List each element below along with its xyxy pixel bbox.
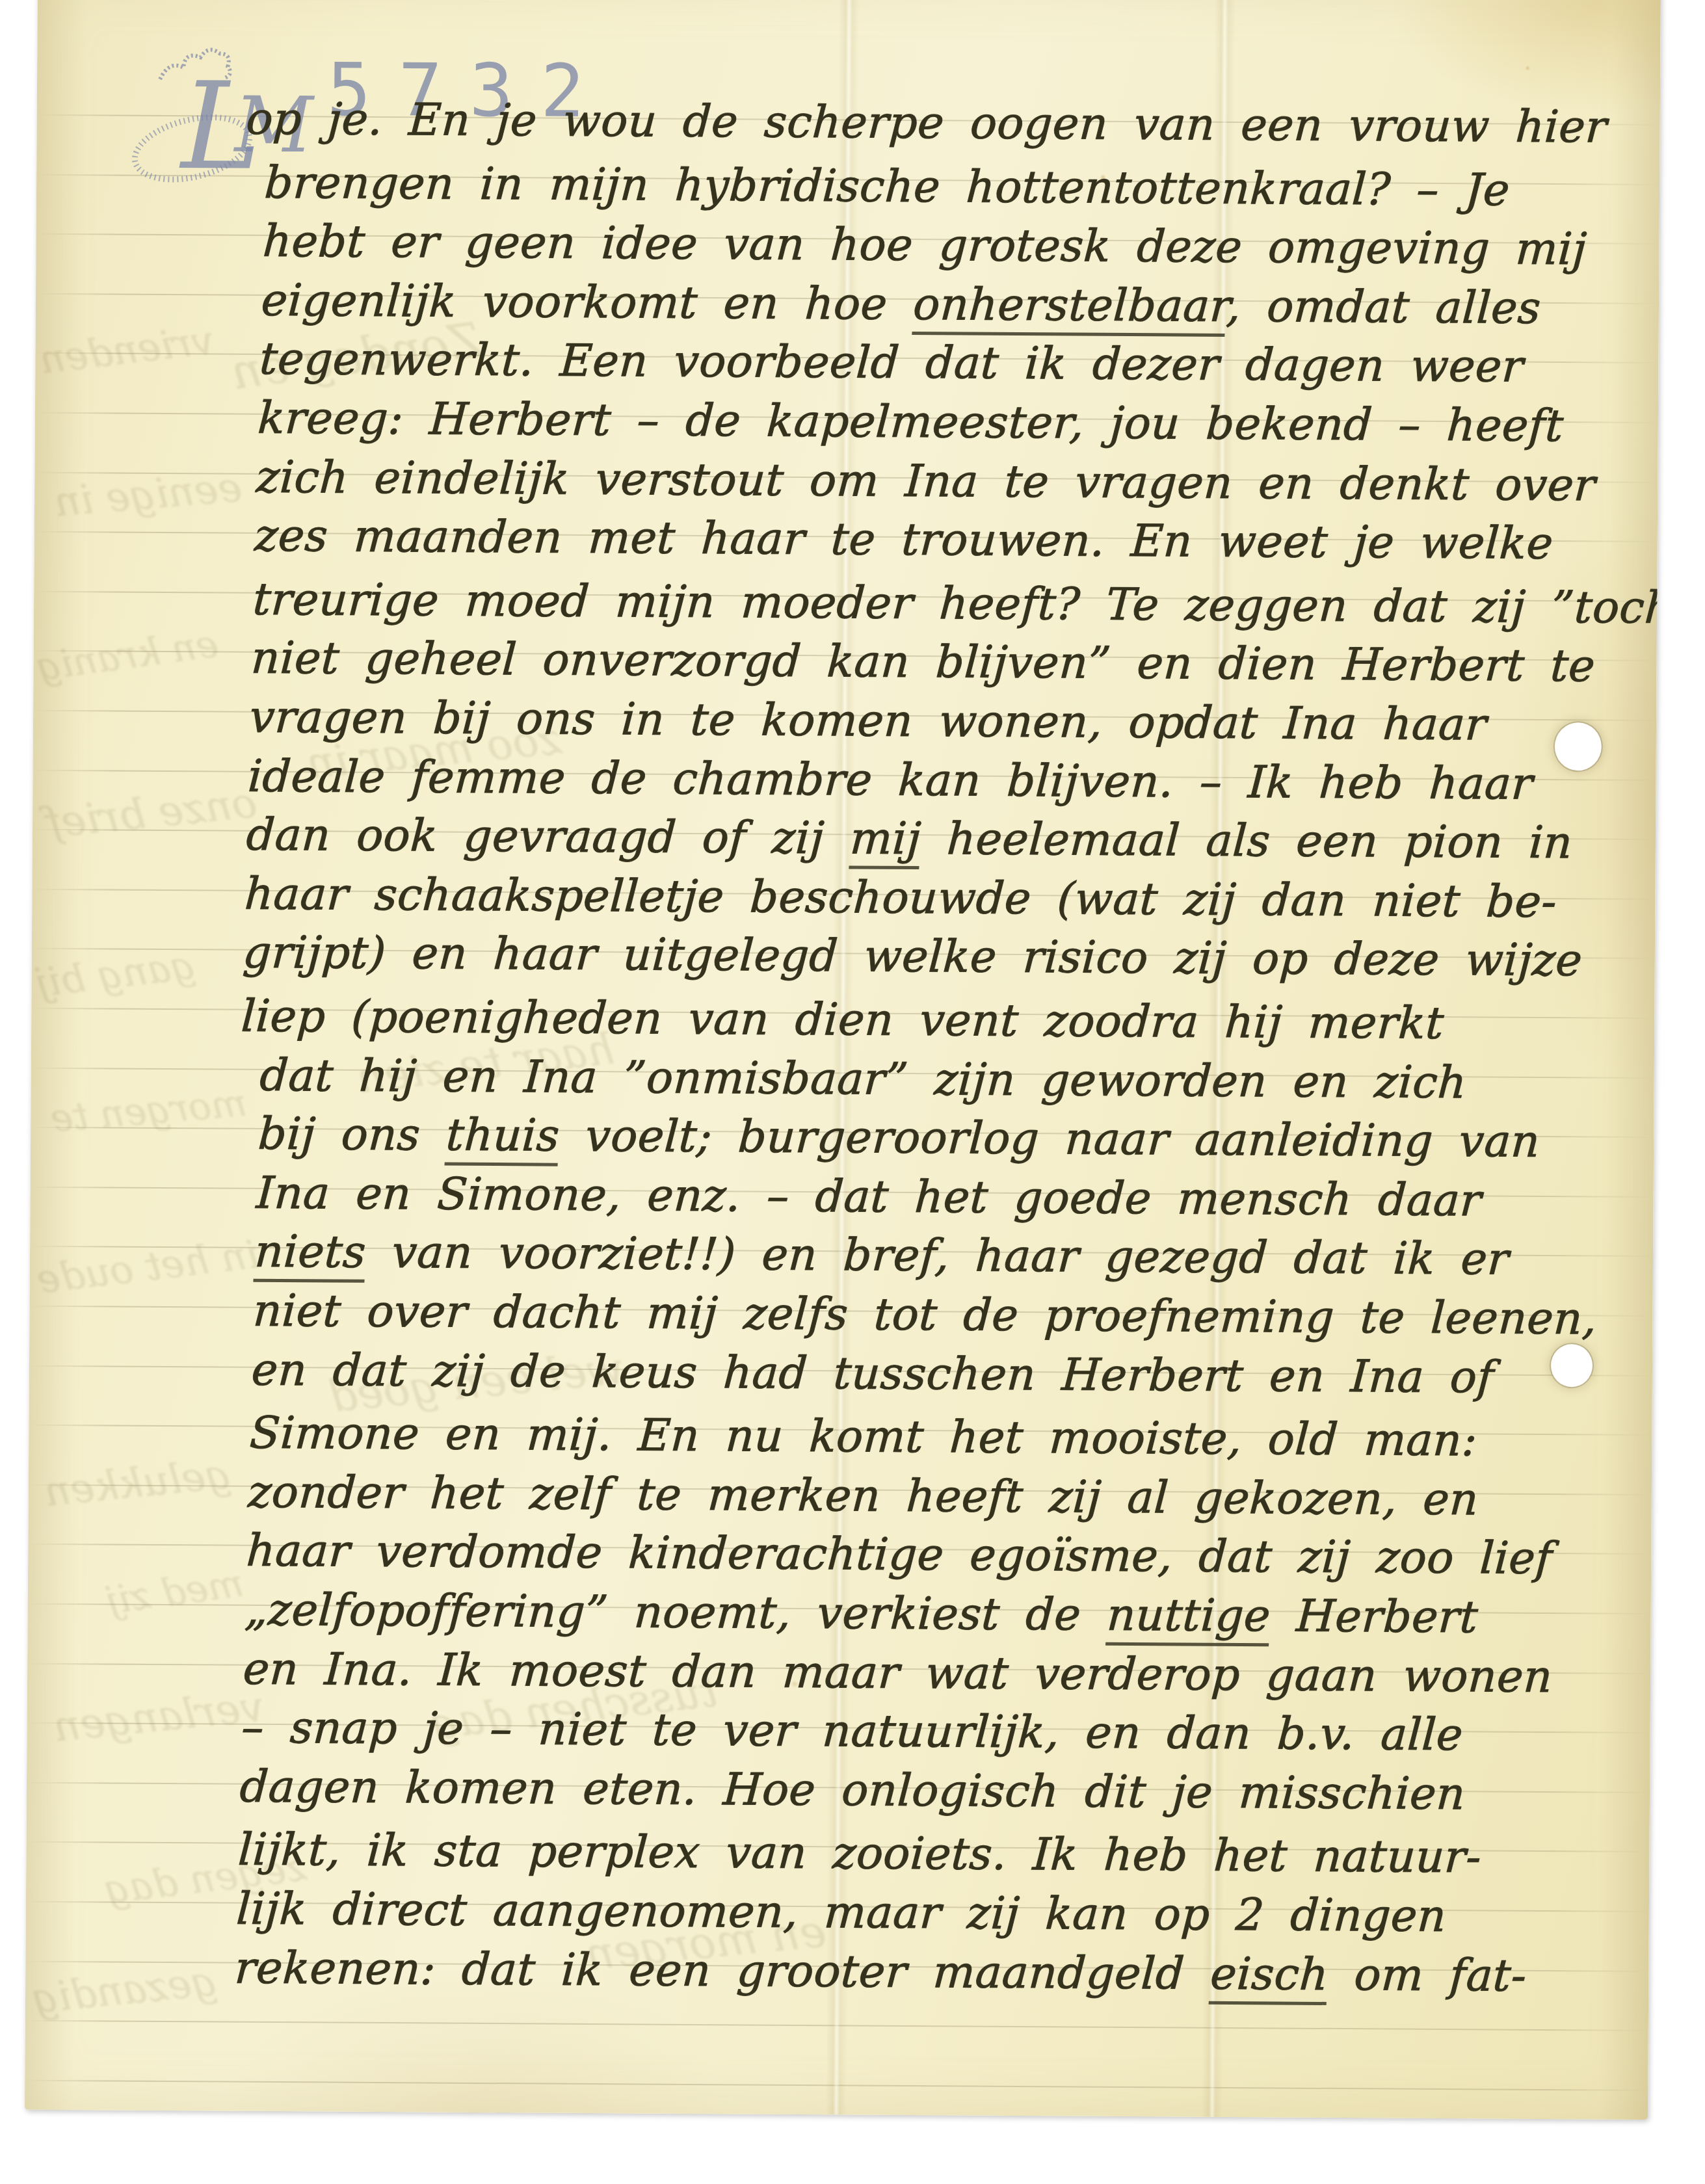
text-segment: zes maanden met haar te trouwen. En weet… — [254, 510, 1555, 570]
letter-line-11: vragen bij ons in te komen wonen, opdat … — [248, 688, 1488, 756]
punch-hole-bottom — [1551, 1344, 1593, 1387]
text-segment: , omdat alles — [1225, 281, 1542, 334]
text-segment: „zelfopoffering” noemt, verkiest de — [243, 1585, 1108, 1641]
text-segment: tegenwerkt. Een voorbeeld dat ik dezer d… — [258, 334, 1525, 393]
letter-line-27: en Ina. Ik moest dan maar wat verderop g… — [241, 1639, 1553, 1707]
text-segment: – snap je – niet te ver natuurlijk, en d… — [240, 1702, 1464, 1761]
letter-line-4: eigenlijk voorkomt en hoe onherstelbaar,… — [259, 271, 1542, 339]
text-segment: Ina en Simone, enz. – dat het goede mens… — [255, 1168, 1483, 1226]
text-segment: lijkt, ik sta perplex van zooiets. Ik he… — [237, 1824, 1483, 1884]
letter-line-17: dat hij en Ina ”onmisbaar” zijn geworden… — [258, 1046, 1468, 1112]
text-segment: eigenlijk voorkomt en hoe — [260, 275, 915, 330]
text-segment: om fat- — [1327, 1949, 1527, 2002]
bleedthrough-text: med zij — [103, 1560, 246, 1623]
text-segment: rekenen: dat ik een grooter maandgeld — [233, 1942, 1212, 1999]
text-segment: lijk direct aangenomen, maar zij kan op … — [235, 1884, 1448, 1942]
letter-line-22: en dat zij de keus had tusschen Herbert … — [250, 1340, 1496, 1408]
text-segment: heelemaal als een pion in — [919, 813, 1574, 869]
letter-line-9: treurige moed mijn moeder heeft? Te zegg… — [251, 570, 1661, 638]
letter-line-18: bij ons thuis voelt; burgeroorlog naar a… — [256, 1105, 1541, 1172]
letter-line-29: dagen komen eten. Hoe onlogisch dit je m… — [238, 1757, 1467, 1824]
text-segment: haar verdomde kinderachtige egoïsme, dat… — [245, 1525, 1553, 1585]
text-segment: liep (poenigheden van dien vent zoodra h… — [240, 991, 1446, 1049]
bleedthrough-text: verlangen — [51, 1683, 266, 1752]
bleedthrough-text: gang bij — [33, 942, 198, 1006]
bleedthrough-text: in het oude — [34, 1231, 261, 1302]
text-segment: niet over dacht mij zelfs tot de proefne… — [252, 1285, 1598, 1345]
text-segment: van voorziet!!) en bref, haar gezegd dat… — [364, 1227, 1511, 1285]
text-segment: voelt; burgeroorlog naar aanleiding van — [558, 1111, 1541, 1168]
letter-line-19: Ina en Simone, enz. – dat het goede mens… — [255, 1164, 1483, 1231]
underlined-word: mij — [849, 813, 923, 870]
letter-line-2: brengen in mijn hybridische hottentotten… — [263, 153, 1511, 221]
letter-line-23: Simone en mij. En nu komt het mooiste, o… — [248, 1404, 1479, 1471]
bleedthrough-text: vrienden — [37, 317, 216, 383]
text-segment: dagen komen eten. Hoe onlogisch dit je m… — [239, 1761, 1467, 1820]
underlined-word: niets — [253, 1226, 367, 1283]
bleedthrough-text: en kranig — [34, 621, 220, 689]
punch-hole-top — [1555, 722, 1602, 770]
letter-line-30: lijkt, ik sta perplex van zooiets. Ik he… — [237, 1821, 1483, 1888]
ruled-line — [25, 2079, 1648, 2090]
letter-line-6: kreeg: Herbert – de kapelmeester, jou be… — [256, 389, 1565, 456]
letter-line-31: lijk direct aangenomen, maar zij kan op … — [235, 1880, 1448, 1947]
underlined-word: onherstelbaar — [912, 279, 1228, 337]
text-segment: zich eindelijk verstout om Ina te vragen… — [255, 451, 1597, 511]
letter-line-28: – snap je – niet te ver natuurlijk, en d… — [240, 1698, 1465, 1765]
letter-line-5: tegenwerkt. Een voorbeeld dat ik dezer d… — [258, 330, 1526, 397]
letter-line-25: haar verdomde kinderachtige egoïsme, dat… — [245, 1521, 1554, 1589]
text-segment: Simone en mij. En nu komt het mooiste, o… — [248, 1408, 1479, 1467]
text-segment: hebt er geen idee van hoe grotesk deze o… — [261, 216, 1588, 275]
bleedthrough-text: eenige in — [53, 463, 244, 525]
text-segment: treurige moed mijn moeder heeft? Te zegg… — [252, 574, 1661, 634]
text-segment: en Ina. Ik moest dan maar wat verderop g… — [242, 1643, 1554, 1702]
letter-paper: vriendeneenige inen kranigonze briefgang… — [25, 0, 1661, 2120]
letter-line-10: niet geheel onverzorgd kan blijven” en d… — [250, 629, 1597, 697]
underlined-word: eisch — [1209, 1948, 1330, 2005]
letter-line-3: hebt er geen idee van hoe grotesk deze o… — [261, 212, 1589, 280]
letter-line-8: zes maanden met haar te trouwen. En weet… — [253, 507, 1555, 574]
text-segment: bij ons — [257, 1109, 448, 1161]
letter-line-13: dan ook gevraagd of zij mij heelemaal al… — [245, 806, 1574, 873]
text-segment: zonder het zelf te merken heeft zij al g… — [247, 1467, 1481, 1526]
text-segment: en dat zij de keus had tusschen Herbert … — [250, 1344, 1496, 1403]
text-segment: grijpt) en haar uitgelegd welke risico z… — [242, 927, 1584, 987]
bleedthrough-text: onze brief — [44, 779, 259, 848]
letter-body: op je. En je wou de scherpe oogen van ee… — [245, 92, 1643, 2057]
letter-line-16: liep (poenigheden van dien vent zoodra h… — [240, 987, 1446, 1054]
text-segment: ideale femme de chambre kan blijven. – I… — [246, 750, 1534, 809]
text-segment: haar schaakspelletje beschouwde (wat zij… — [243, 869, 1558, 928]
bleedthrough-text: gezandig — [30, 1957, 219, 2023]
text-segment: niet geheel onverzorgd kan blijven” en d… — [250, 633, 1596, 692]
underlined-word: nuttige — [1105, 1590, 1272, 1647]
letter-line-15: grijpt) en haar uitgelegd welke risico z… — [241, 923, 1584, 992]
text-segment: vragen bij ons in te komen wonen, opdat … — [248, 692, 1488, 751]
letter-line-20: niets van voorziet!!) en bref, haar geze… — [253, 1222, 1511, 1290]
letter-line-14: haar schaakspelletje beschouwde (wat zij… — [243, 865, 1559, 932]
letter-line-24: zonder het zelf te merken heeft zij al g… — [246, 1463, 1480, 1531]
letter-line-21: niet over dacht mij zelfs tot de proefne… — [252, 1282, 1599, 1350]
letter-line-7: zich eindelijk verstout om Ina te vragen… — [255, 447, 1598, 516]
text-segment: dat hij en Ina ”onmisbaar” zijn geworden… — [258, 1049, 1468, 1108]
text-segment: op je. En je wou de scherpe oogen van ee… — [245, 94, 1608, 153]
text-segment: Herbert — [1269, 1590, 1479, 1643]
letter-line-1: op je. En je wou de scherpe oogen van ee… — [245, 90, 1609, 158]
letter-line-26: „zelfopoffering” noemt, verkiest de nutt… — [243, 1581, 1480, 1648]
text-segment: kreeg: Herbert – de kapelmeester, jou be… — [257, 393, 1565, 452]
bleedthrough-text: gelukken — [42, 1450, 233, 1516]
underlined-word: thuis — [445, 1110, 561, 1166]
text-segment: brengen in mijn hybridische hottentotten… — [263, 157, 1511, 216]
letter-line-32: rekenen: dat ik een grooter maandgeld ei… — [233, 1938, 1528, 2006]
bleedthrough-text: morgen te — [49, 1081, 248, 1140]
text-segment: dan ook gevraagd of zij — [245, 809, 852, 865]
letter-line-12: ideale femme de chambre kan blijven. – I… — [246, 746, 1535, 814]
